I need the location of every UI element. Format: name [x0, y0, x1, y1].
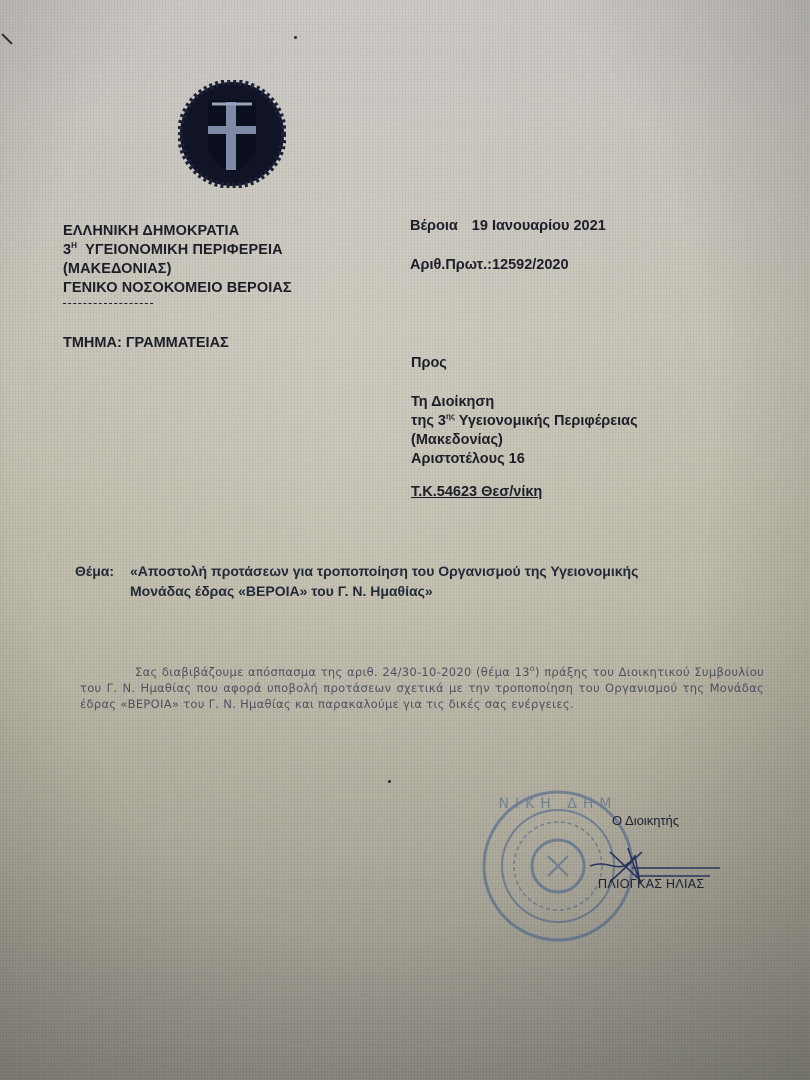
recipient-line: Αριστοτέλους 16: [411, 450, 638, 469]
issuer-hospital: ΓΕΝΙΚΟ ΝΟΣΟΚΟΜΕΙΟ ΒΕΡΟΙΑΣ: [63, 279, 292, 298]
signatory-title: Ο Διοικητής: [612, 813, 679, 828]
body-paragraph: Σας διαβιβάζουμε απόσπασμα της αριθ. 24/…: [80, 664, 764, 712]
issuer-block: ΕΛΛΗΝΙΚΗ ΔΗΜΟΚΡΑΤΙΑ 3Η ΥΓΕΙΟΝΟΜΙΚΗ ΠΕΡΙΦ…: [63, 222, 292, 298]
subject-label: Θέμα:: [75, 561, 130, 581]
issuer-country: ΕΛΛΗΝΙΚΗ ΔΗΜΟΚΡΑΤΙΑ: [63, 222, 292, 241]
greek-coat-of-arms-icon: [178, 80, 286, 188]
issuer-region-name: (ΜΑΚΕΔΟΝΙΑΣ): [63, 260, 292, 279]
subject: Θέμα:«Αποστολή προτάσεων για τροποποίηση…: [75, 561, 775, 601]
screen-texture: [0, 0, 810, 1080]
protocol-number: Αριθ.Πρωτ.:12592/2020: [410, 257, 569, 273]
place: Βέροια: [410, 218, 458, 234]
separator-line: [63, 303, 153, 304]
recipient-line: της 3ης Υγειονομικής Περιφέρειας: [411, 412, 638, 431]
signatory-name: ΠΛΙΟΓΚΑΣ ΗΛΙΑΣ: [598, 877, 704, 891]
subject-text-continued: Μονάδας έδρας «ΒΕΡΟΙΑ» του Γ. Ν. Ημαθίας…: [75, 581, 775, 601]
recipient-line: Τη Διοίκηση: [411, 393, 638, 412]
svg-text:ΝΙΚΗ ΔΗΜ: ΝΙΚΗ ΔΗΜ: [499, 796, 618, 812]
photo-vignette: [0, 0, 810, 1080]
recipient-postal-code: Τ.Κ.54623 Θεσ/νίκη: [411, 484, 542, 500]
recipient-heading: Προς: [411, 355, 447, 371]
recipient-address: Τη Διοίκηση της 3ης Υγειονομικής Περιφέρ…: [411, 393, 638, 469]
date-line: Βέροια19 Ιανουαρίου 2021: [410, 218, 606, 234]
issuer-region: 3Η ΥΓΕΙΟΝΟΜΙΚΗ ΠΕΡΙΦΕΡΕΙΑ: [63, 241, 292, 260]
speck: [388, 780, 391, 783]
date: 19 Ιανουαρίου 2021: [472, 218, 606, 234]
recipient-line: (Μακεδονίας): [411, 431, 638, 450]
subject-text: «Αποστολή προτάσεων για τροποποίηση του …: [130, 563, 638, 579]
speck: [294, 36, 297, 39]
corner-mark: [1, 33, 12, 44]
department: ΤΜΗΜΑ: ΓΡΑΜΜΑΤΕΙΑΣ: [63, 335, 229, 351]
